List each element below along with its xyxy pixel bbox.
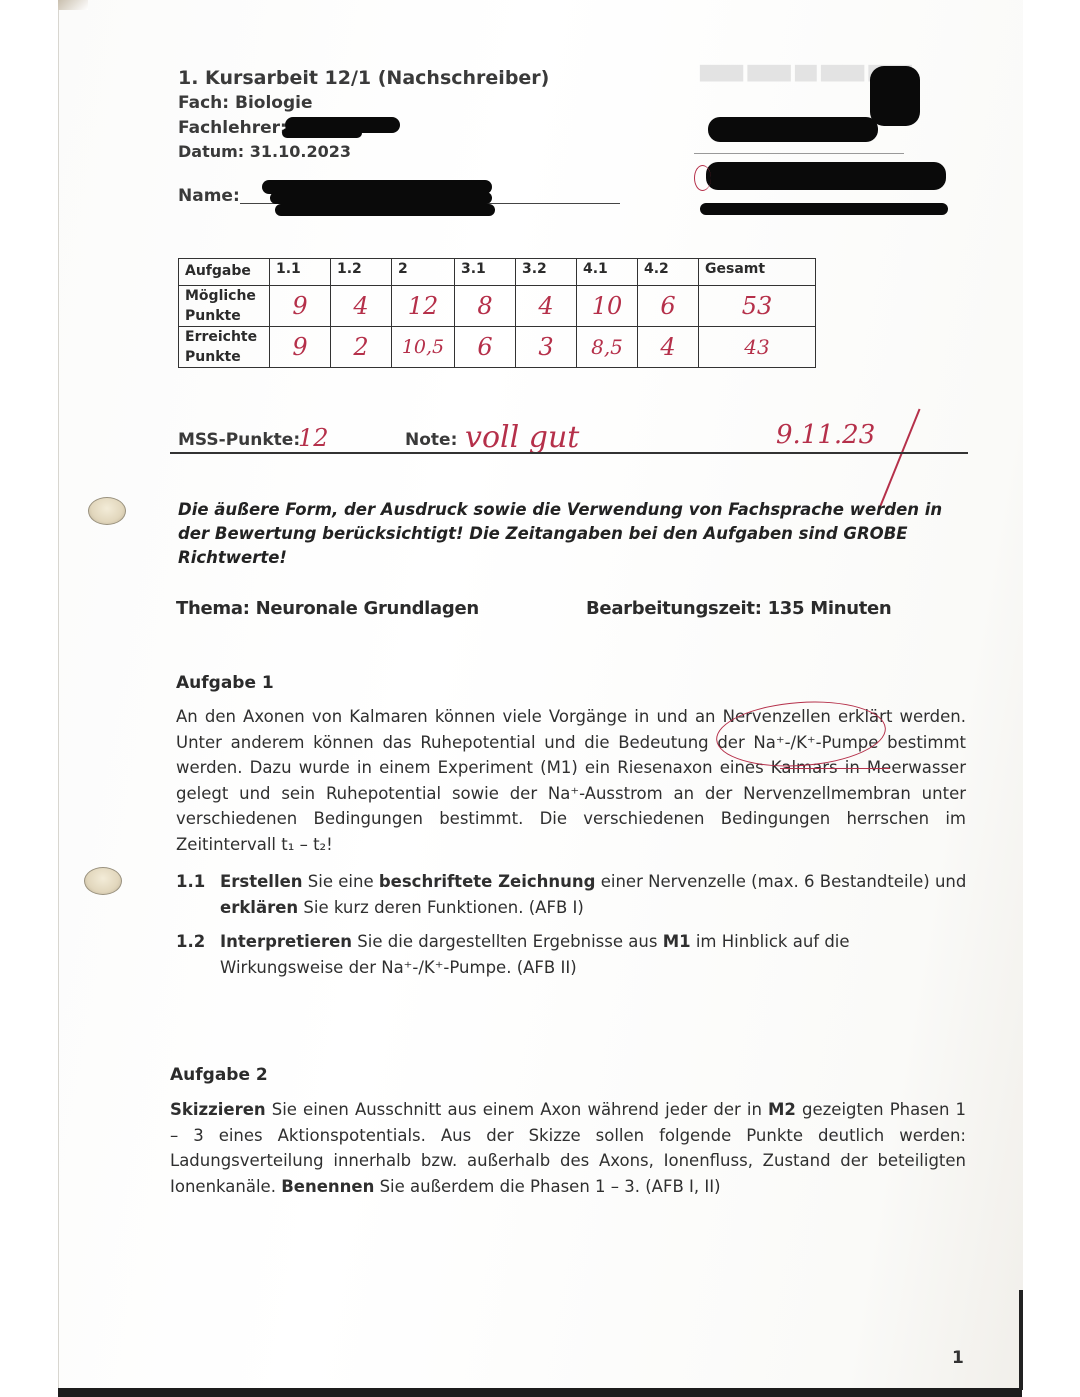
redaction-right-2 bbox=[706, 162, 946, 190]
points-cell: 8,5 bbox=[577, 327, 638, 368]
redaction-right-3 bbox=[700, 203, 948, 215]
redaction-right-1 bbox=[708, 117, 878, 142]
points-cell: 6 bbox=[638, 286, 699, 327]
task2-text: Skizzieren Sie einen Ausschnitt aus eine… bbox=[170, 1097, 966, 1199]
points-cell: 10 bbox=[577, 286, 638, 327]
points-cell: 8 bbox=[455, 286, 516, 327]
page-bottom-shadow bbox=[58, 1388, 1022, 1397]
points-cell: 6 bbox=[455, 327, 516, 368]
header-cell: 3.2 bbox=[516, 259, 577, 286]
points-cell: 12 bbox=[392, 286, 455, 327]
task-text: Interpretieren Sie die dargestellten Erg… bbox=[220, 929, 970, 980]
topic-theme: Thema: Neuronale Grundlagen bbox=[176, 598, 479, 619]
grades-header-row: Aufgabe 1.1 1.2 2 3.1 3.2 4.1 4.2 Gesamt bbox=[179, 259, 816, 286]
header-cell: Aufgabe bbox=[179, 259, 270, 286]
header-cell: 3.1 bbox=[455, 259, 516, 286]
name-label: Name: bbox=[178, 186, 240, 207]
redaction-right-scribble bbox=[870, 66, 920, 126]
paper-corner bbox=[58, 0, 88, 10]
right-divider bbox=[694, 153, 904, 154]
mss-value: 12 bbox=[298, 424, 329, 452]
task-1-1: 1.1 Erstellen Sie eine beschriftete Zeic… bbox=[176, 869, 976, 921]
points-cell: 9 bbox=[270, 327, 331, 368]
task1-heading: Aufgabe 1 bbox=[176, 673, 274, 693]
task-number: 1.1 bbox=[176, 869, 205, 895]
red-pen-arc bbox=[694, 165, 711, 191]
note-value: voll gut bbox=[465, 420, 579, 455]
note-label: Note: bbox=[405, 430, 457, 450]
total-possible-cell: 53 bbox=[699, 286, 816, 327]
grading-notice: Die äußere Form, der Ausdruck sowie die … bbox=[178, 498, 968, 570]
points-cell: 3 bbox=[516, 327, 577, 368]
row-label: ErreichtePunkte bbox=[179, 327, 270, 368]
row-label: MöglichePunkte bbox=[179, 286, 270, 327]
header-cell: 2 bbox=[392, 259, 455, 286]
exam-date: Datum: 31.10.2023 bbox=[178, 141, 351, 162]
possible-points-row: MöglichePunkte 9 4 12 8 4 10 6 53 bbox=[179, 286, 816, 327]
signature-date: 9.11.23 bbox=[776, 420, 875, 450]
total-achieved-cell: 43 bbox=[699, 327, 816, 368]
exam-title: 1. Kursarbeit 12/1 (Nachschreiber) bbox=[178, 68, 549, 89]
processing-time: Bearbeitungszeit: 135 Minuten bbox=[586, 598, 891, 619]
task-number: 1.2 bbox=[176, 929, 205, 955]
result-underline bbox=[170, 452, 968, 454]
points-cell: 2 bbox=[331, 327, 392, 368]
header-cell: Gesamt bbox=[699, 259, 816, 286]
task2-heading: Aufgabe 2 bbox=[170, 1065, 268, 1085]
teacher-label: Fachlehrer: bbox=[178, 118, 287, 139]
points-cell: 10,5 bbox=[392, 327, 455, 368]
subject: Fach: Biologie bbox=[178, 93, 312, 114]
task-1-2: 1.2 Interpretieren Sie die dargestellten… bbox=[176, 929, 976, 981]
points-cell: 9 bbox=[270, 286, 331, 327]
header-cell: 4.1 bbox=[577, 259, 638, 286]
points-cell: 4 bbox=[638, 327, 699, 368]
hole-punch bbox=[88, 497, 126, 525]
page-number: 1 bbox=[952, 1348, 964, 1368]
hole-punch bbox=[84, 867, 122, 895]
points-cell: 4 bbox=[331, 286, 392, 327]
task-text: Erstellen Sie eine beschriftete Zeichnun… bbox=[220, 869, 970, 920]
header-cell: 4.2 bbox=[638, 259, 699, 286]
mss-label: MSS-Punkte: bbox=[178, 430, 300, 450]
page-right-edge bbox=[1019, 1290, 1023, 1390]
redaction-teacher-2 bbox=[282, 128, 362, 138]
redaction-name-2 bbox=[270, 192, 492, 204]
header-cell: 1.2 bbox=[331, 259, 392, 286]
points-cell: 4 bbox=[516, 286, 577, 327]
red-pen-strike bbox=[780, 768, 890, 769]
grades-table: Aufgabe 1.1 1.2 2 3.1 3.2 4.1 4.2 Gesamt… bbox=[178, 258, 816, 368]
redaction-name-3 bbox=[275, 204, 495, 216]
achieved-points-row: ErreichtePunkte 9 2 10,5 6 3 8,5 4 43 bbox=[179, 327, 816, 368]
header-cell: 1.1 bbox=[270, 259, 331, 286]
